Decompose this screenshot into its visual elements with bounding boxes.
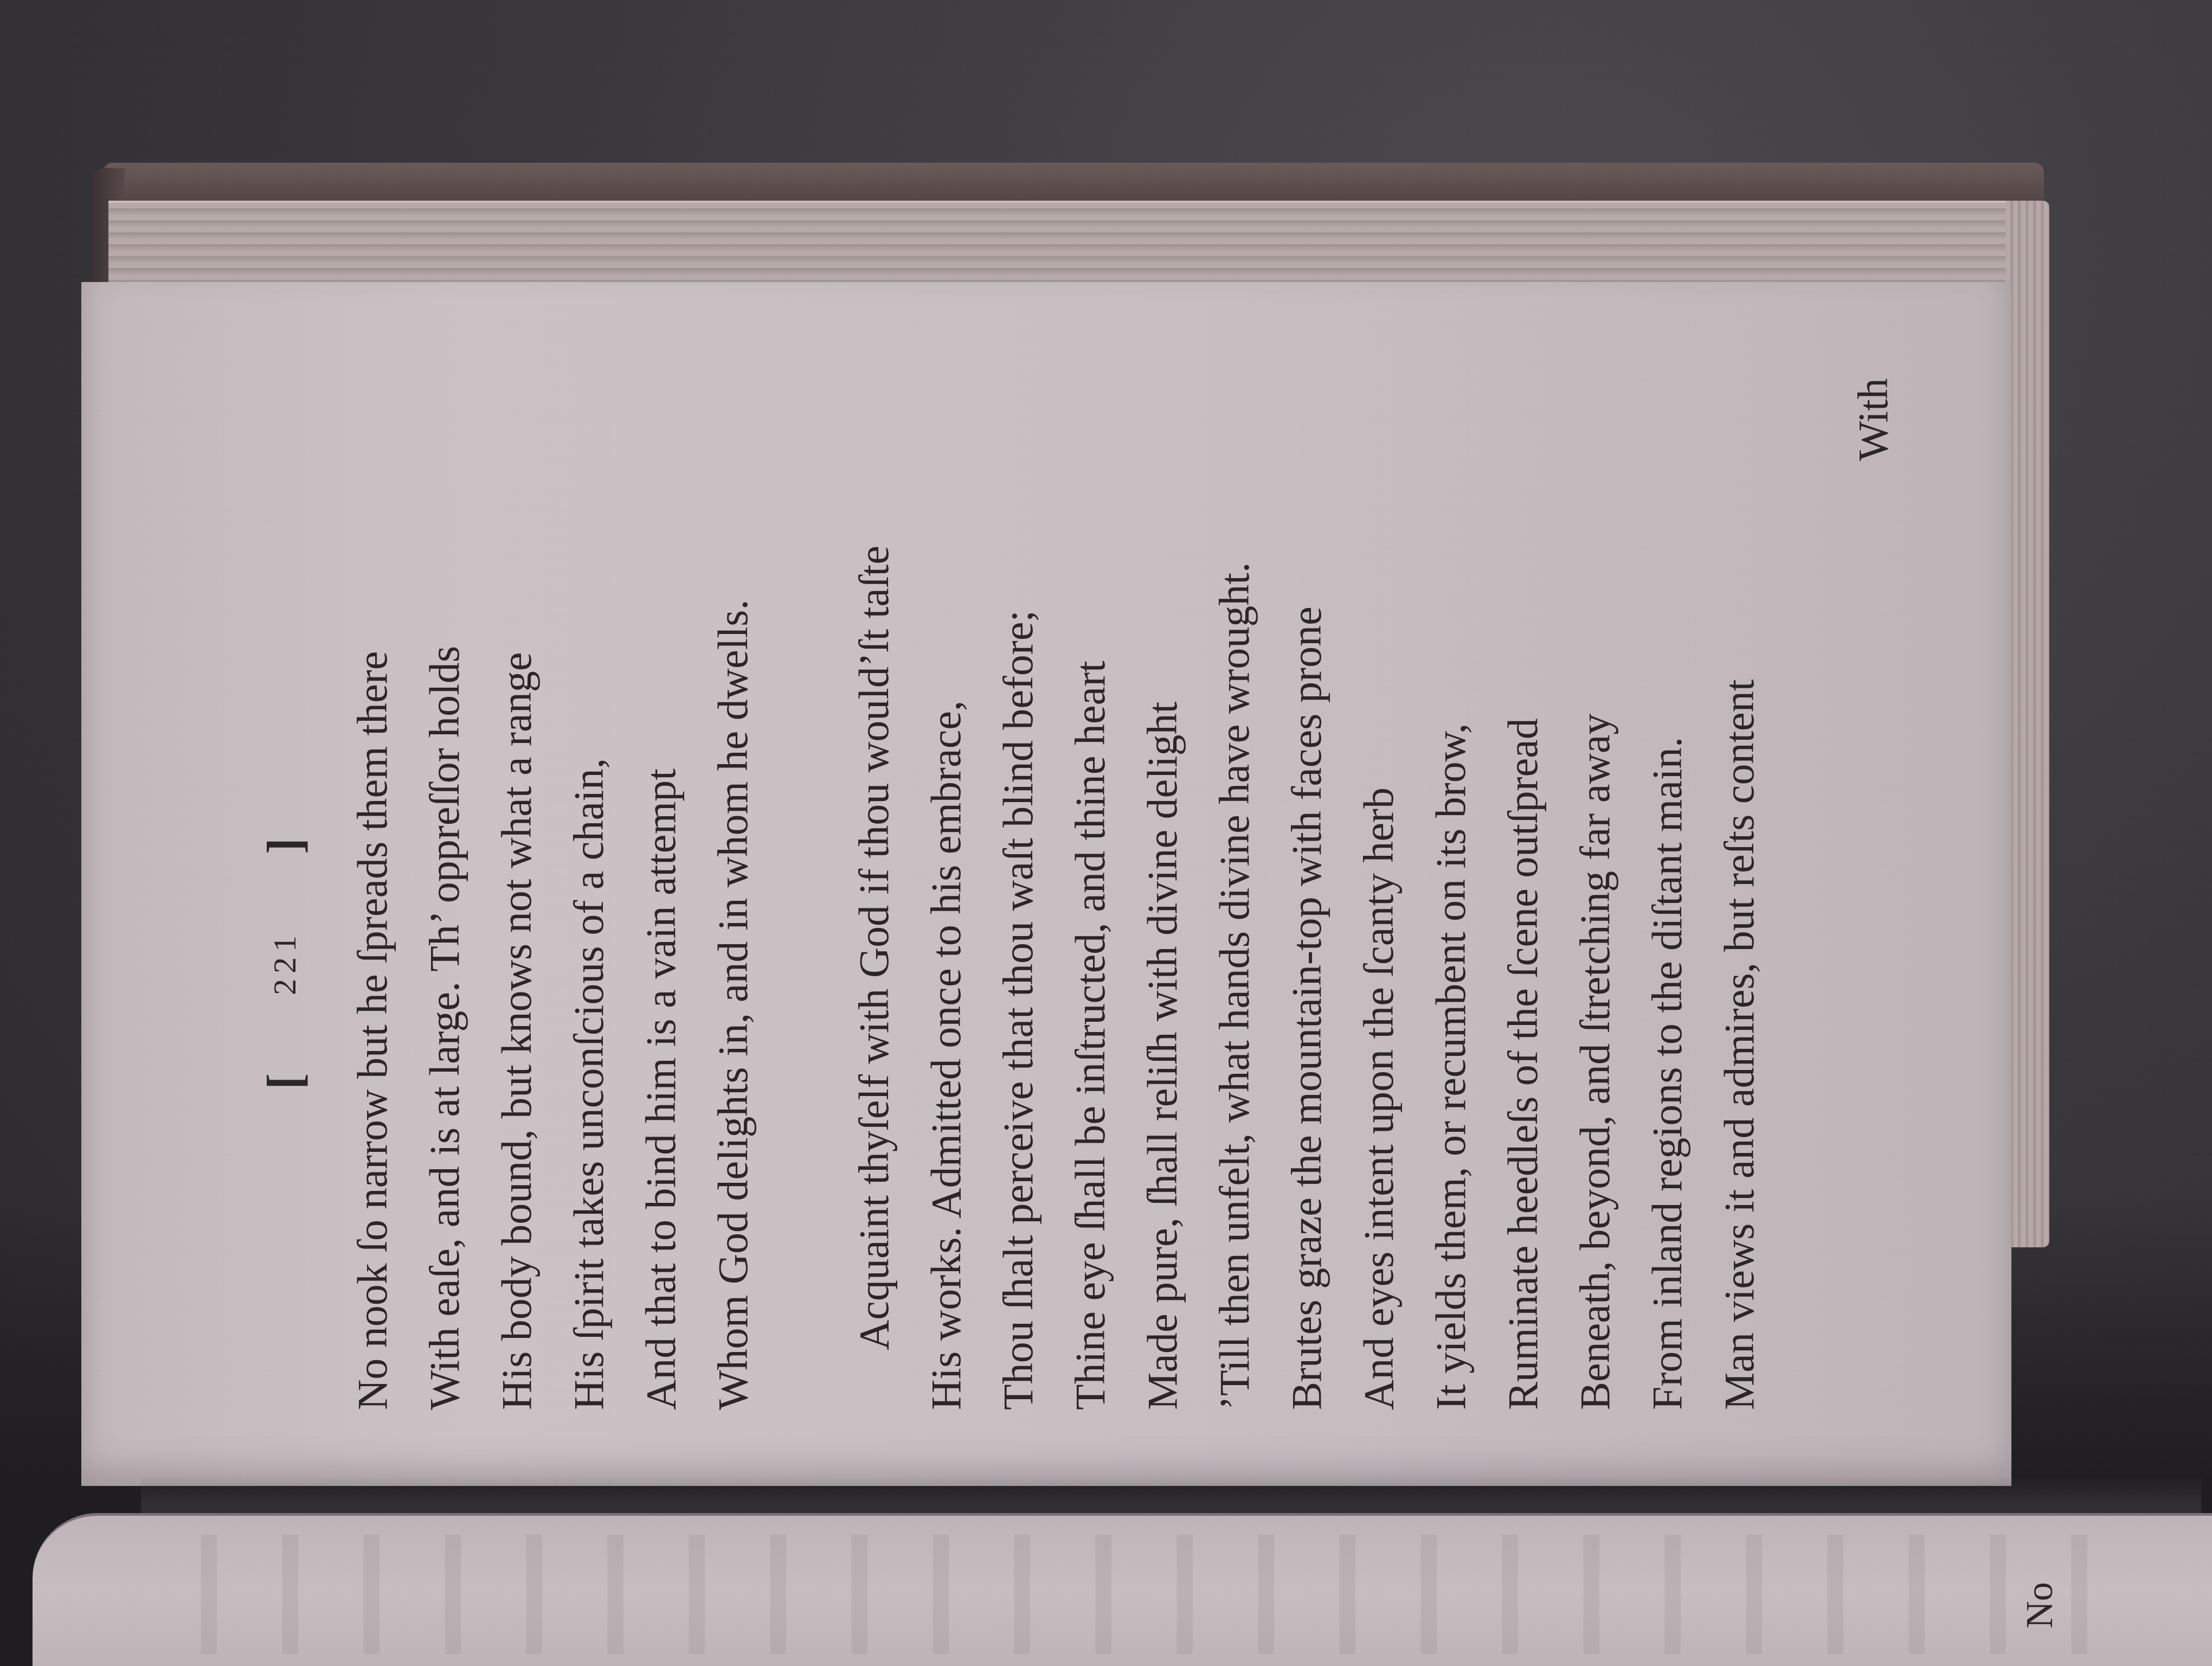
stanza-break [769,217,838,1410]
verse-line: With eaſe, and is at large. Th’ oppreſſo… [408,217,480,1410]
verse-line: No nook ſo narrow but he ſpreads them th… [336,217,408,1410]
verse-line: Ruminate heedleſs of the ſcene outſpread [1487,217,1559,1410]
verse-line: Man views it and admires, but reſts cont… [1703,217,1775,1410]
catchword: With [1849,378,1898,461]
book-gutter [141,1475,2201,1518]
facing-page-text: No [2018,1582,2062,1629]
verse-line: Thou ſhalt perceive that thou waſt blind… [982,217,1054,1410]
verse-line: Thine eye ſhall be inſtructed, and thine… [1054,217,1126,1410]
verse-line: Brutes graze the mountain-top with faces… [1270,217,1342,1410]
verse-line: His ſpirit takes unconſcious of a chain, [552,217,625,1410]
verse-line: Made pure, ſhall reliſh with divine deli… [1126,217,1198,1410]
verse-line: ’Till then unfelt, what hands divine hav… [1198,217,1270,1410]
verse-line: It yields them, or recumbent on its brow… [1414,217,1487,1410]
verse-line: His body bound, but knows not what a ran… [480,217,552,1410]
verse-line: Whom God delights in, and in whom he dwe… [697,217,769,1410]
verse-line: And that to bind him is a vain attempt [625,217,697,1410]
open-bracket: [ [257,1071,313,1090]
verse-line: Acquaint thyſelf with God if thou would’… [838,217,910,1410]
show-through-text [136,1535,2087,1654]
verse-line: And eyes intent upon the ſcanty herb [1342,217,1414,1410]
close-bracket: ] [257,836,313,854]
verse-line: From inland regions to the diſtant main. [1631,217,1703,1410]
verse-line: His works. Admitted once to his embrace, [910,217,982,1410]
verse-line: Beneath, beyond, and ſtretching far away [1559,217,1631,1410]
running-head: [ 221 ] [260,515,309,1410]
verse-body: No nook ſo narrow but he ſpreads them th… [336,217,1775,1410]
page-text-block: [ 221 ] No nook ſo narrow but he ſpreads… [260,217,1887,1410]
page-number: 221 [266,930,304,995]
page-block-side-edges [2006,201,2049,1247]
